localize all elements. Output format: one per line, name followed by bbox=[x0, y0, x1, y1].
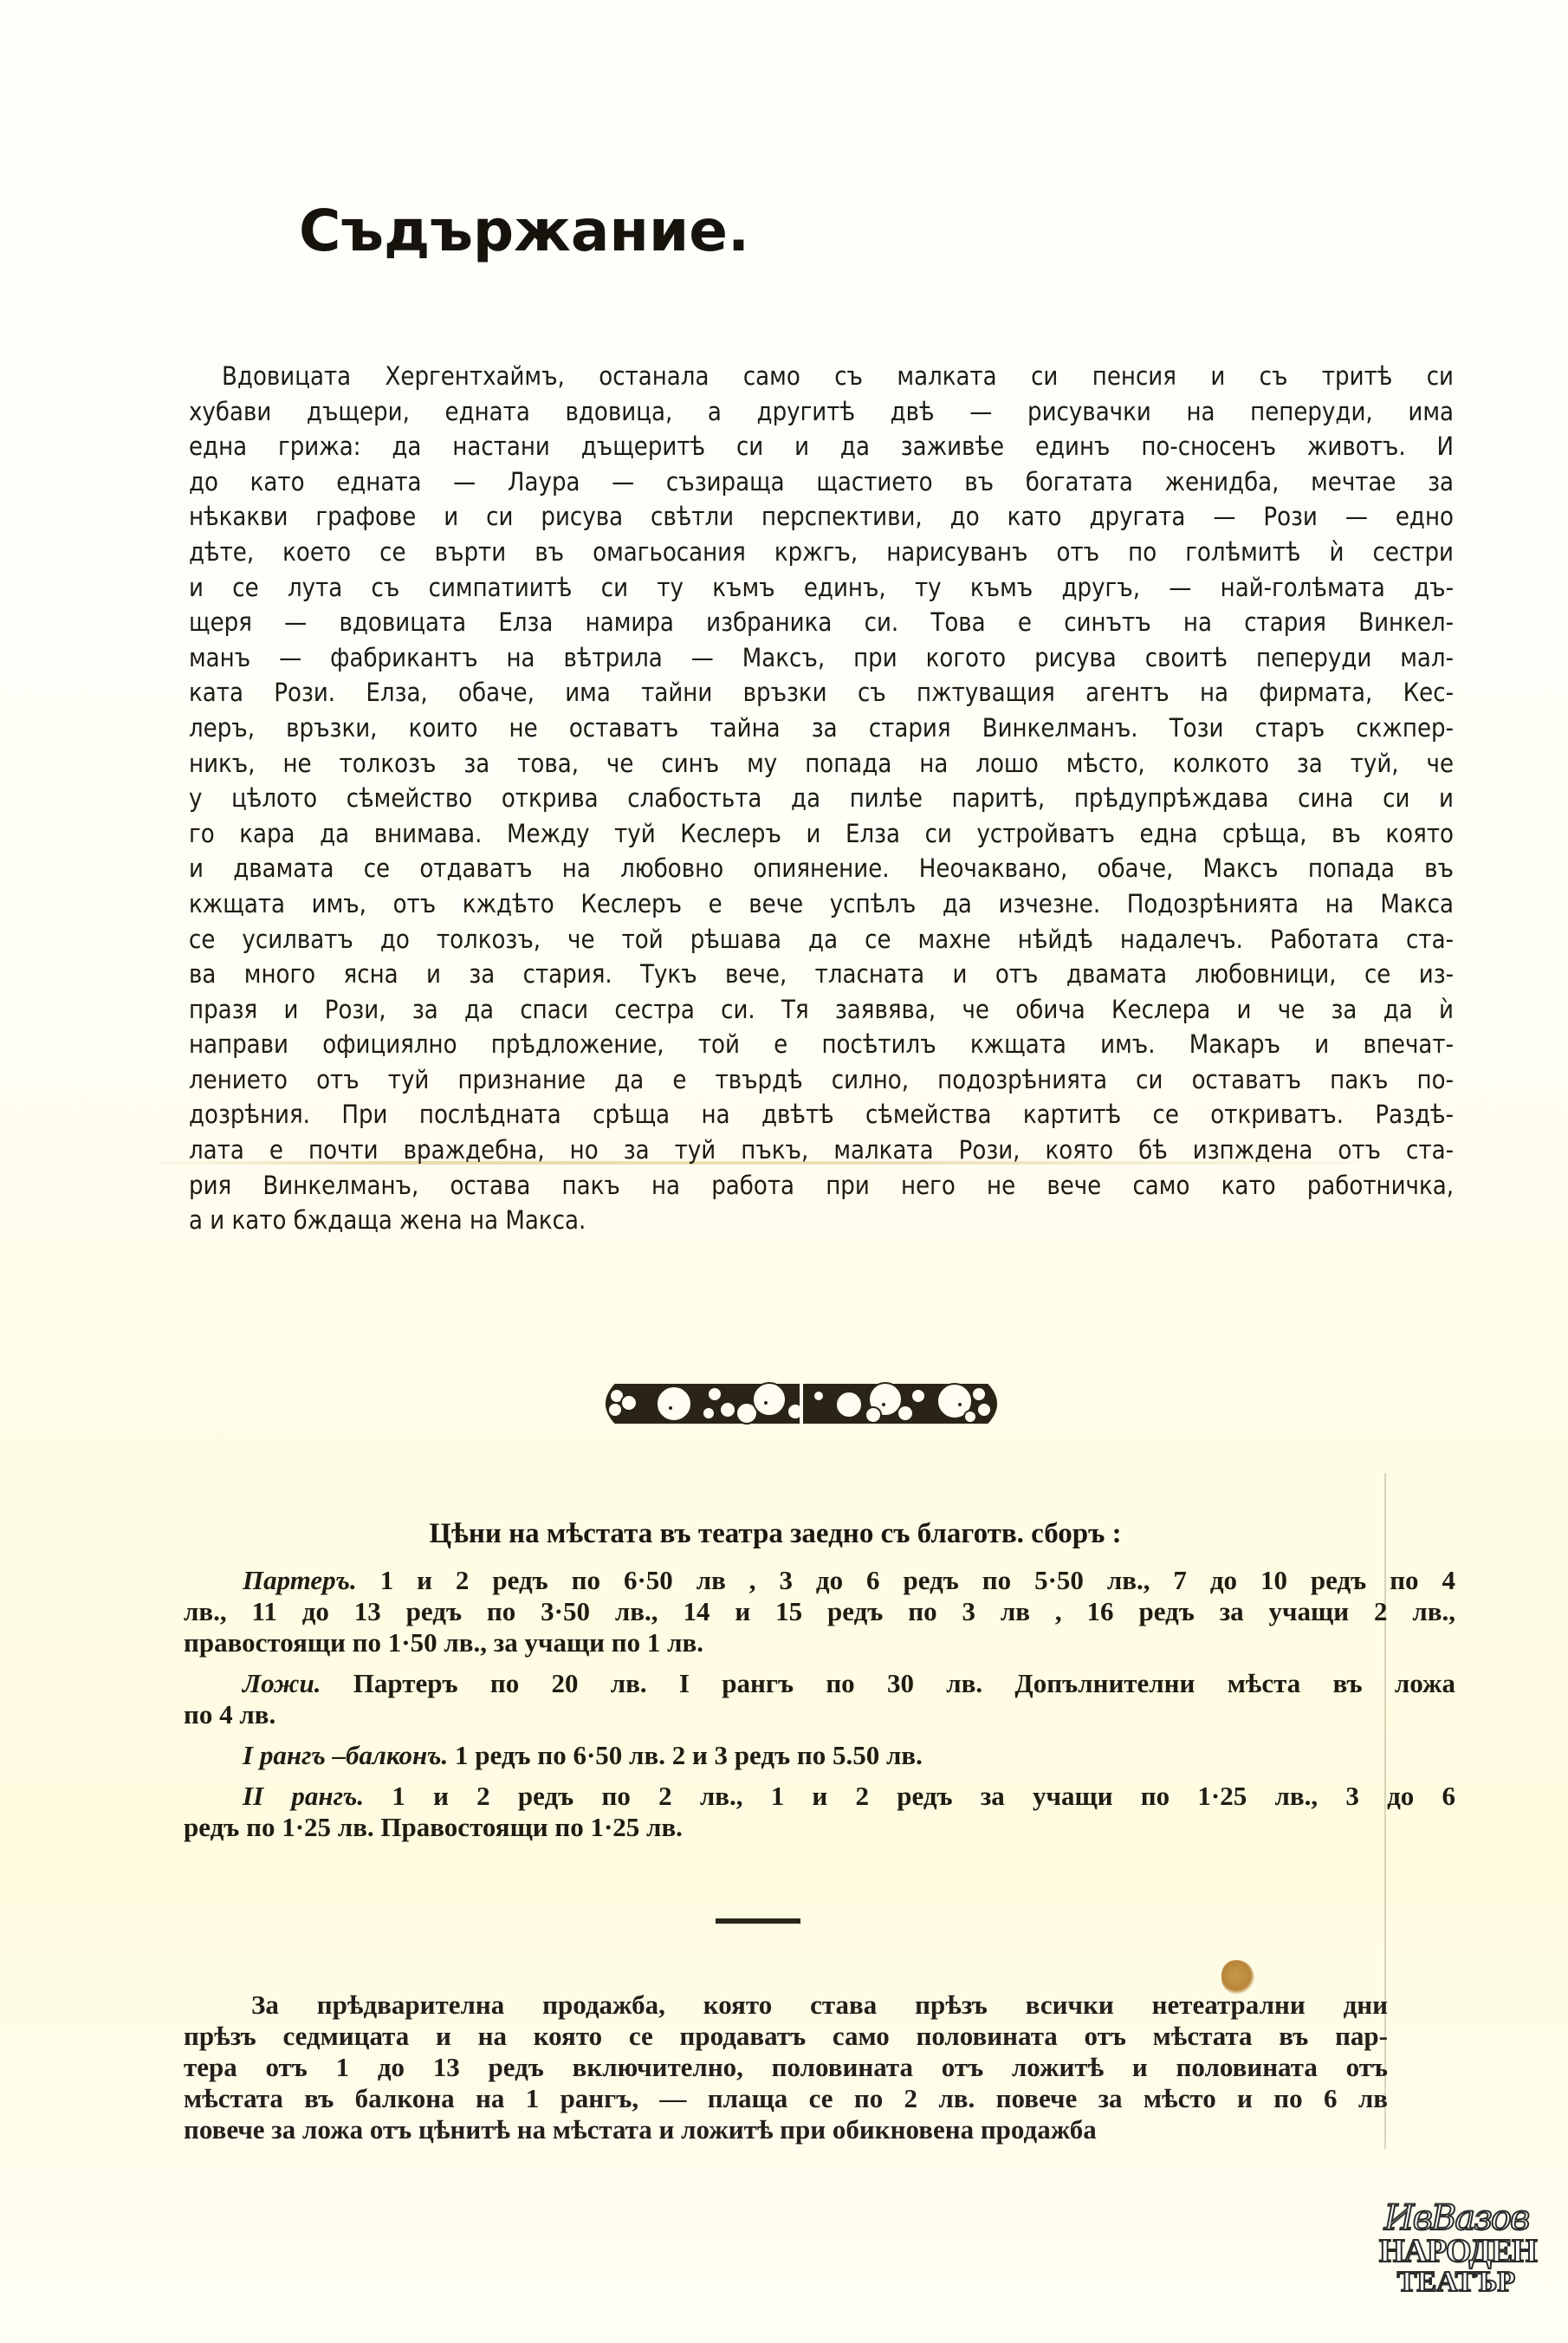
price-line: правостоящи по 1·50 лв., за учащи по 1 л… bbox=[184, 1627, 1455, 1658]
price-line: I рангъ –балконъ. 1 редъ по 6·50 лв. 2 и… bbox=[184, 1740, 1455, 1771]
presale-line: прѣзъ седмицата и на която се продаватъ … bbox=[184, 2021, 1388, 2052]
synopsis-line: го кара да внимава. Между туй Кеслеръ и … bbox=[189, 816, 1454, 852]
synopsis-line: до като едната — Лаура — съзираща щастие… bbox=[189, 464, 1454, 500]
synopsis-line: нѣкакви графове и си рисува свѣтли персп… bbox=[189, 499, 1454, 535]
prices-heading: Цѣни на мѣстата въ театра заедно съ благ… bbox=[0, 1518, 1568, 1550]
synopsis-line: никъ, не толкозъ за това, че синъ му поп… bbox=[189, 746, 1454, 782]
price-section: II рангъ. 1 и 2 редъ по 2 лв., 1 и 2 ред… bbox=[184, 1781, 1455, 1843]
synopsis-line: а и като бждаща жена на Макса. bbox=[189, 1203, 1454, 1238]
synopsis-line: дозрѣния. При послѣдната срѣща на двѣтѣ … bbox=[189, 1097, 1454, 1133]
logo-line-2: ТЕАТЪР bbox=[1379, 2267, 1533, 2298]
page-title: Съдържание. bbox=[299, 198, 749, 264]
synopsis-line: лата е почти враждебна, но за туй пъкъ, … bbox=[189, 1133, 1454, 1168]
presale-line: тера отъ 1 до 13 редъ включително, полов… bbox=[184, 2052, 1388, 2083]
synopsis-line: празя и Рози, за да спаси сестра си. Тя … bbox=[189, 992, 1454, 1028]
price-section: Ложи. Партеръ по 20 лв. I рангъ по 30 лв… bbox=[184, 1668, 1455, 1730]
price-section-label: Партеръ. bbox=[243, 1565, 357, 1595]
synopsis-paragraph: Вдовицата Хергентхаймъ, останала само съ… bbox=[189, 359, 1454, 1238]
synopsis-line: лението отъ туй признание да е твърдѣ си… bbox=[189, 1062, 1454, 1098]
synopsis-line: Вдовицата Хергентхаймъ, останала само съ… bbox=[189, 359, 1454, 394]
synopsis-line: манъ — фабрикантъ на вѣтрила — Максъ, пр… bbox=[189, 640, 1454, 676]
synopsis-line: щеря — вдовицата Елза намира избраника с… bbox=[189, 605, 1454, 640]
logo-line-1: НАРОДЕН bbox=[1379, 2236, 1533, 2267]
presale-line: мѣстата въ балкона на 1 рангъ, — плаща с… bbox=[184, 2083, 1388, 2114]
synopsis-line: и се лута съ симпатиитѣ си ту къмъ единъ… bbox=[189, 570, 1454, 606]
price-section: I рангъ –балконъ. 1 редъ по 6·50 лв. 2 и… bbox=[184, 1740, 1455, 1771]
synopsis-line: една грижа: да настани дъщеритѣ си и да … bbox=[189, 429, 1454, 464]
prices-list: Партеръ. 1 и 2 редъ по 6·50 лв , 3 до 6 … bbox=[184, 1565, 1455, 1853]
synopsis-line: се усилватъ до толкозъ, че той рѣшава да… bbox=[189, 922, 1454, 957]
synopsis-line: у цѣлото сѣмейство открива слабостьта да… bbox=[189, 781, 1454, 816]
synopsis-line: леръ, връзки, които не оставатъ тайна за… bbox=[189, 711, 1454, 746]
floral-ornament-icon bbox=[598, 1380, 1005, 1427]
scanned-playbill-page: Съдържание. Вдовицата Хергентхаймъ, оста… bbox=[0, 0, 1568, 2343]
presale-line: повече за ложа отъ цѣнитѣ на мѣстата и л… bbox=[184, 2114, 1388, 2145]
synopsis-line: ката Рози. Елза, обаче, има тайни връзки… bbox=[189, 675, 1454, 711]
price-line: Ложи. Партеръ по 20 лв. I рангъ по 30 лв… bbox=[184, 1668, 1455, 1699]
synopsis-line: рия Винкелманъ, остава пакъ на работа пр… bbox=[189, 1168, 1454, 1204]
logo-signature: ИвВазов bbox=[1379, 2201, 1533, 2236]
synopsis-line: и двамата се отдаватъ на любовно опиянен… bbox=[189, 851, 1454, 886]
synopsis-line: направи официялно прѣдложение, той е пос… bbox=[189, 1027, 1454, 1062]
synopsis-line: кжщата имъ, отъ кждѣто Кеслеръ е вече ус… bbox=[189, 886, 1454, 922]
presale-paragraph: За прѣдварителна продажба, която става п… bbox=[184, 1989, 1388, 2145]
price-section-label: Ложи. bbox=[243, 1668, 321, 1698]
presale-line: За прѣдварителна продажба, която става п… bbox=[184, 1989, 1388, 2021]
price-section-label: I рангъ –балконъ. bbox=[243, 1740, 448, 1770]
price-section: Партеръ. 1 и 2 редъ по 6·50 лв , 3 до 6 … bbox=[184, 1565, 1455, 1658]
price-line: по 4 лв. bbox=[184, 1699, 1455, 1730]
price-line: II рангъ. 1 и 2 редъ по 2 лв., 1 и 2 ред… bbox=[184, 1781, 1455, 1812]
price-line: редъ по 1·25 лв. Правостоящи по 1·25 лв. bbox=[184, 1812, 1455, 1843]
price-line: лв., 11 до 13 редъ по 3·50 лв., 14 и 15 … bbox=[184, 1596, 1455, 1627]
price-line: Партеръ. 1 и 2 редъ по 6·50 лв , 3 до 6 … bbox=[184, 1565, 1455, 1596]
section-divider bbox=[716, 1918, 800, 1924]
price-section-label: II рангъ. bbox=[243, 1781, 364, 1811]
synopsis-line: дѣте, което се върти въ омагьосания кржг… bbox=[189, 535, 1454, 570]
national-theatre-logo: ИвВазов НАРОДЕН ТЕАТЪР bbox=[1379, 2201, 1533, 2314]
synopsis-line: ва много ясна и за стария. Тукъ вече, тл… bbox=[189, 957, 1454, 992]
synopsis-line: хубави дъщери, едната вдовица, а другитѣ… bbox=[189, 394, 1454, 430]
